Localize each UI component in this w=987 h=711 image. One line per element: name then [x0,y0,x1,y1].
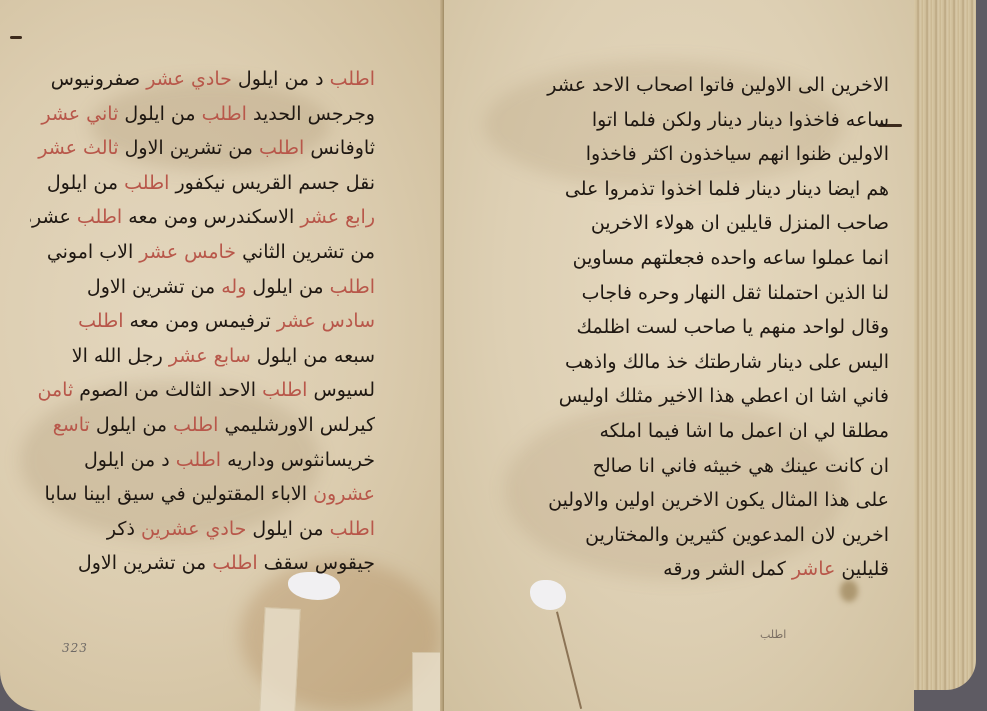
manuscript-line: على هذا المثال يكون الاخرين اولين والاول… [494,483,889,518]
manuscript-line: سادس عشر ترفيمس ومن معه اطلب [30,304,375,339]
rubric-text: اطلب [330,276,375,298]
manuscript-line: ثاوفانس اطلب من تشرين الاول ثالث عشر [30,131,375,166]
rubric-text: اطلب [330,518,375,540]
rubric-text: عشرون [313,483,375,505]
body-text: لنا الذين احتملنا ثقل النهار وحره فاجاب [582,282,889,304]
manuscript-line: هم ايضا دينار دينار فلما اخذوا تذمروا عل… [494,172,889,207]
body-text: كمل الشر ورقه [663,558,792,580]
manuscript-line: وجرجس الحديد اطلب من ايلول ثاني عشر [30,97,375,132]
manuscript-line: لسيوس اطلب الاحد الثالث من الصوم ثامن عش… [30,373,375,408]
body-text: من ايلول [246,276,329,298]
manuscript-line: من تشرين الثاني خامس عشر الاب اموني [30,235,375,270]
manuscript-line: اخرين لان المدعوين كثيرين والمختارين [494,518,889,553]
body-text: من ايلول [47,172,124,194]
body-text: نقل جسم القريس نيكفور [169,172,375,194]
body-text: من ايلول [246,518,329,540]
body-text: الاب اموني [47,241,139,263]
rubric-text: اطلب [77,206,122,228]
right-page: الاخرين الى الاولين فاتوا اصحاب الاحد عش… [444,0,914,711]
rubric-text: خامس عشر [139,241,236,263]
body-text: اخرين لان المدعوين كثيرين والمختارين [585,524,889,546]
body-text: الاخرين الى الاولين فاتوا اصحاب الاحد عش… [547,74,889,96]
rubric-text: اطلب [202,103,247,125]
paper-repair-patch [259,607,300,711]
manuscript-line: لنا الذين احتملنا ثقل النهار وحره فاجاب [494,276,889,311]
manuscript-line: عشرون الاباء المقتولين في سيق ابينا سابا [30,477,375,512]
rubric-text: اطلب [330,68,375,90]
manuscript-line: اطلب من ايلول حادي عشرين ذكر [30,512,375,547]
folio-number: 323 [62,641,88,655]
rubric-text: اطلب [124,172,169,194]
manuscript-line: اطلب من ايلول وله من تشرين الاول [30,270,375,305]
rubric-text: عاشر [792,558,836,580]
body-text: اليس على دينار شارطتك خذ مالك واذهب [565,351,889,373]
manuscript-line: وقال لواحد منهم يا صاحب لست اظلمك [494,310,889,345]
rubric-text: وله [221,276,246,298]
rubric-text: سادس عشر [277,310,375,332]
rubric-text: سابع عشر [169,345,251,367]
open-manuscript: اطلب د من ايلول حادي عشر صفرونيوسوجرجس ا… [0,0,987,711]
body-text: من ايلول [90,414,173,436]
body-text: الاسكندرس ومن معه [122,206,300,228]
body-text: صفرونيوس [51,68,146,90]
manuscript-line: نقل جسم القريس نيكفور اطلب من ايلول [30,166,375,201]
body-text: د من ايلول [84,449,176,471]
manuscript-line: اليس على دينار شارطتك خذ مالك واذهب [494,345,889,380]
body-text: من ايلول [118,103,201,125]
manuscript-line: ان كانت عينك هي خبيثه فاني انا صالح [494,449,889,484]
body-text: ثاوفانس [304,137,375,159]
rubric-text: اطلب [176,449,221,471]
left-page: اطلب د من ايلول حادي عشر صفرونيوسوجرجس ا… [0,0,444,711]
manuscript-line: قليلين عاشر كمل الشر ورقه [494,552,889,587]
rubric-text: رابع عشر [300,206,375,228]
rubric-text: اطلب [262,379,307,401]
body-text: ذكر [107,518,141,540]
body-text: الاحد الثالث من الصوم [73,379,262,401]
manuscript-line: خريسانثوس وداريه اطلب د من ايلول [30,443,375,478]
manuscript-line: كيرلس الاورشليمي اطلب من ايلول تاسع [30,408,375,443]
rubric-text: ثالث عشر [38,137,118,159]
manuscript-line: سبعه من ايلول سابع عشر رجل الله الا [30,339,375,374]
manuscript-line: اطلب د من ايلول حادي عشر صفرونيوس [30,62,375,97]
body-text: قليلين [835,558,889,580]
rubric-text: اطلب [259,137,304,159]
left-text-block: اطلب د من ايلول حادي عشر صفرونيوسوجرجس ا… [30,62,375,581]
manuscript-line: الاولين ظنوا انهم سياخذون اكثر فاخذوا [494,137,889,172]
body-text: من تشرين الاول [119,137,259,159]
rubric-text: حادي عشرين [141,518,246,540]
manuscript-line: جيقوس سقف اطلب من تشرين الاول [30,546,375,581]
rubric-text: اطلب [78,310,123,332]
body-text: جيقوس سقف [258,552,375,574]
body-text: د من ايلول [232,68,330,90]
body-text: عشره [30,206,77,228]
body-text: ساعه فاخذوا دينار دينار ولكن فلما اتوا [592,109,889,131]
page-edges [914,0,976,690]
body-text: على هذا المثال يكون الاخرين اولين والاول… [548,489,889,511]
manuscript-line: رابع عشر الاسكندرس ومن معه اطلب عشره [30,200,375,235]
body-text: ترفيمس ومن معه [124,310,277,332]
rubric-text: ثاني عشر [41,103,118,125]
body-text: لسيوس [307,379,375,401]
body-text: فاني اشا ان اعطي هذا الاخير مثلك اوليس [559,385,889,407]
manuscript-line: انما عملوا ساعه واحده فجعلتهم مساوين [494,241,889,276]
manuscript-line: ساعه فاخذوا دينار دينار ولكن فلما اتوا [494,103,889,138]
catchword: اطلب [760,628,786,641]
right-text-block: الاخرين الى الاولين فاتوا اصحاب الاحد عش… [494,68,889,587]
manuscript-line: مطلقا لي ان اعمل ما اشا فيما املكه [494,414,889,449]
body-text: رجل الله الا [72,345,169,367]
body-text: من تشرين الاول [78,552,212,574]
body-text: هم ايضا دينار دينار فلما اخذوا تذمروا عل… [565,178,889,200]
rubric-text: تاسع [53,414,90,436]
body-text: من تشرين الثاني [236,241,375,263]
rubric-text: حادي عشر [146,68,232,90]
body-text: صاحب المنزل قايلين ان هولاء الاخرين [591,212,889,234]
body-text: الاباء المقتولين في سيق ابينا سابا [45,483,314,505]
body-text: وقال لواحد منهم يا صاحب لست اظلمك [577,316,890,338]
rubric-text: اطلب [212,552,257,574]
body-text: مطلقا لي ان اعمل ما اشا فيما املكه [599,420,889,442]
body-text: سبعه من ايلول [251,345,375,367]
body-text: خريسانثوس وداريه [221,449,375,471]
body-text: انما عملوا ساعه واحده فجعلتهم مساوين [573,247,889,269]
manuscript-line: فاني اشا ان اعطي هذا الاخير مثلك اوليس [494,379,889,414]
rubric-text: اطلب [173,414,218,436]
rubric-text: ثامن عشر [30,379,73,401]
body-text: الاولين ظنوا انهم سياخذون اكثر فاخذوا [586,143,889,165]
body-text: كيرلس الاورشليمي [218,414,375,436]
page-crack [556,612,582,710]
body-text: وجرجس الحديد [247,103,375,125]
manuscript-line: صاحب المنزل قايلين ان هولاء الاخرين [494,206,889,241]
body-text: ان كانت عينك هي خبيثه فاني انا صالح [593,455,889,477]
body-text: من تشرين الاول [87,276,221,298]
manuscript-line: الاخرين الى الاولين فاتوا اصحاب الاحد عش… [494,68,889,103]
